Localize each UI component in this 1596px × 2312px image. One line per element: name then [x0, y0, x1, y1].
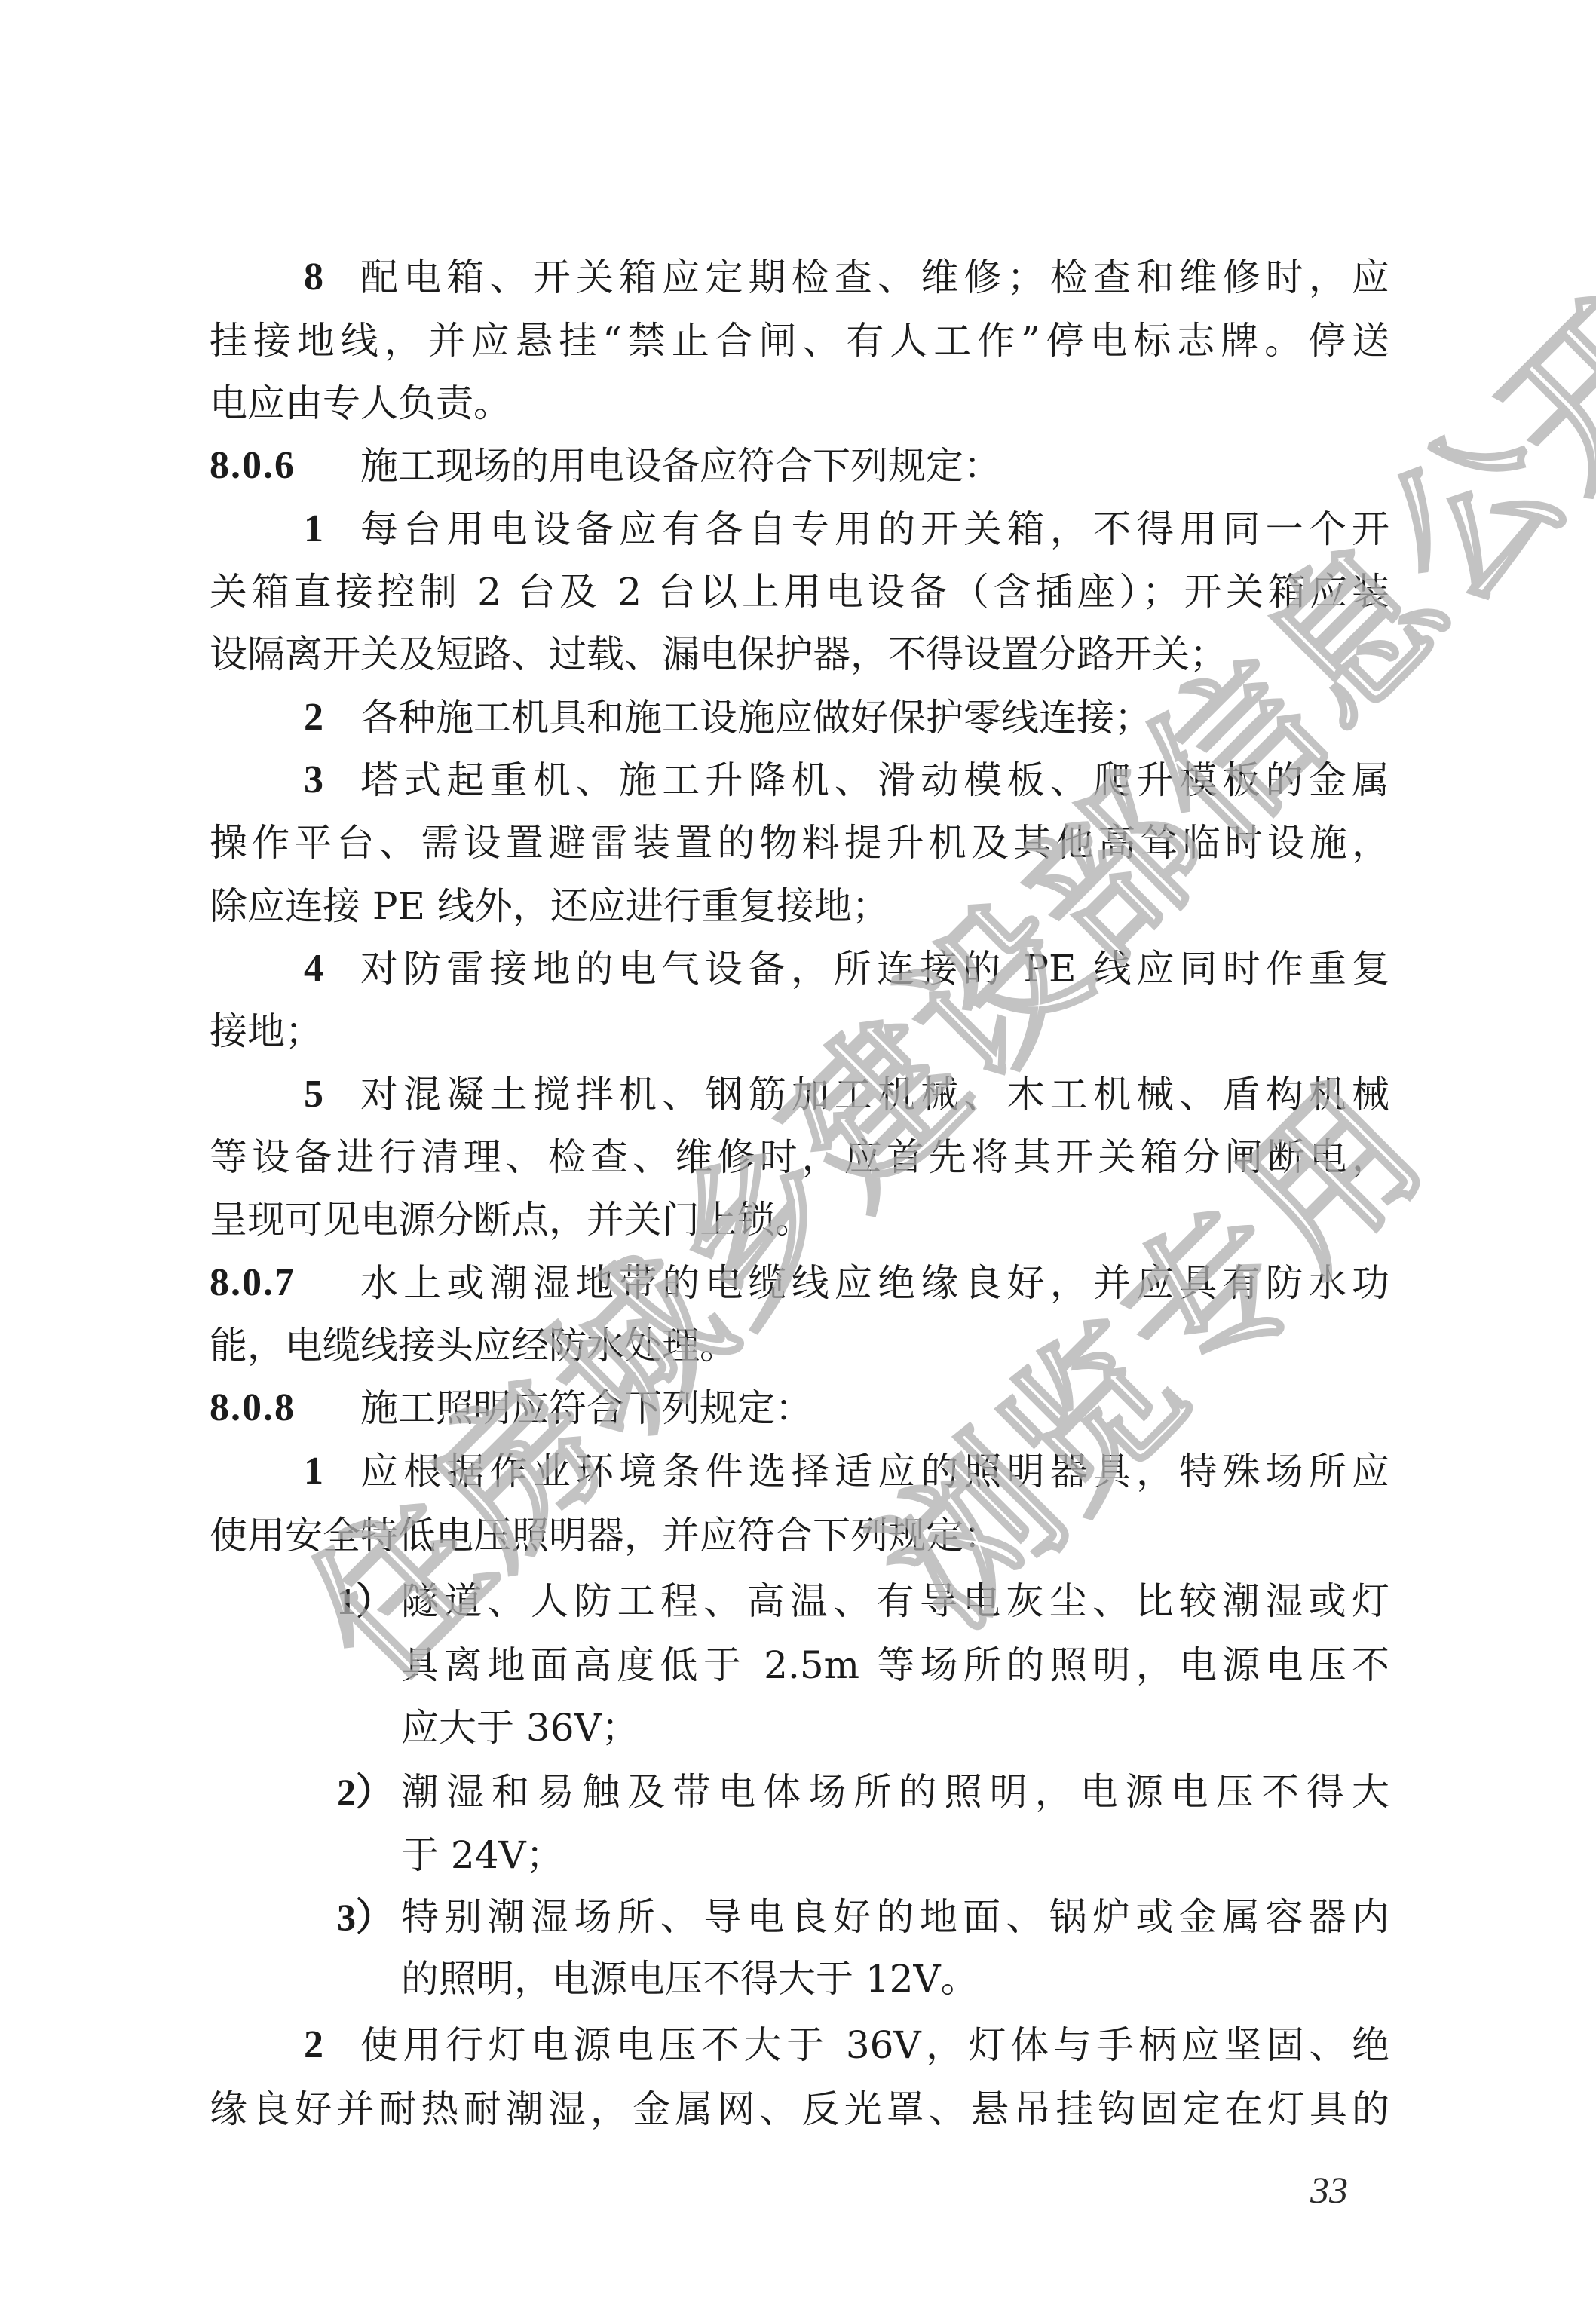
paragraph-line: 配电箱、开关箱应定期检查、维修；检查和维修时，应 — [360, 246, 1389, 309]
paragraph-line: 应大于 36V； — [401, 1696, 1389, 1759]
paragraph-line: 每台用电设备应有各自专用的开关箱，不得用同一个开 — [360, 498, 1389, 561]
item-number: 3 — [304, 749, 342, 812]
item-number: 2 — [304, 2013, 342, 2077]
paragraph-line: 操作平台、需设置避雷装置的物料提升机及其他高耸临时设施， — [210, 811, 1389, 874]
clause-heading: 施工现场的用电设备应符合下列规定： — [360, 434, 1389, 498]
clause-number: 8.0.6 — [210, 434, 353, 498]
paragraph-line: 水上或潮湿地带的电缆线应绝缘良好，并应具有防水功 — [360, 1251, 1389, 1315]
sub-item-number: 1） — [337, 1569, 405, 1633]
clause-number: 8.0.8 — [210, 1376, 353, 1440]
page-number: 33 — [1310, 2163, 1371, 2216]
paragraph-line: 能，电缆线接头应经防水处理。 — [210, 1314, 1389, 1377]
paragraph-line: 挂接地线，并应悬挂“禁止合闸、有人工作”停电标志牌。停送 — [210, 309, 1389, 372]
paragraph-line: 对防雷接地的电气设备，所连接的 PE 线应同时作重复 — [360, 937, 1389, 1000]
paragraph-line: 特别潮湿场所、导电良好的地面、锅炉或金属容器内 — [401, 1885, 1389, 1949]
paragraph-line: 使用安全特低电压照明器，并应符合下列规定： — [210, 1504, 1389, 1567]
paragraph-line: 关箱直接控制 2 台及 2 台以上用电设备（含插座）；开关箱应装 — [210, 560, 1389, 623]
item-number: 5 — [304, 1063, 342, 1126]
paragraph-line: 等设备进行清理、检查、维修时，应首先将其开关箱分闸断电， — [210, 1125, 1389, 1189]
paragraph-line: 隧道、人防工程、高温、有导电灰尘、比较潮湿或灯 — [401, 1569, 1389, 1633]
paragraph-line: 使用行灯电源电压不大于 36V，灯体与手柄应坚固、绝 — [360, 2013, 1389, 2077]
paragraph-line: 潮湿和易触及带电体场所的照明，电源电压不得大 — [401, 1760, 1389, 1824]
paragraph-line: 应根据作业环境条件选择适应的照明器具，特殊场所应 — [360, 1440, 1389, 1503]
sub-item-number: 3） — [337, 1885, 405, 1949]
document-page: 8 配电箱、开关箱应定期检查、维修；检查和维修时，应 挂接地线，并应悬挂“禁止合… — [0, 0, 1596, 2312]
sub-item-number: 2） — [337, 1760, 405, 1824]
paragraph-line: 缘良好并耐热耐潮湿，金属网、反光罩、悬吊挂钩固定在灯具的 — [210, 2078, 1389, 2141]
paragraph-line: 的照明，电源电压不得大于 12V。 — [401, 1947, 1389, 2010]
paragraph-line: 电应由专人负责。 — [210, 372, 1389, 435]
paragraph-line: 具离地面高度低于 2.5m 等场所的照明，电源电压不 — [401, 1634, 1389, 1697]
paragraph-line: 各种施工机具和施工设施应做好保护零线连接； — [360, 686, 1389, 749]
paragraph-line: 设隔离开关及短路、过载、漏电保护器，不得设置分路开关； — [210, 623, 1389, 686]
item-number: 8 — [304, 246, 342, 309]
paragraph-line: 塔式起重机、施工升降机、滑动模板、爬升模板的金属 — [360, 749, 1389, 812]
paragraph-line: 接地； — [210, 1000, 1389, 1063]
paragraph-line: 对混凝土搅拌机、钢筋加工机械、木工机械、盾构机械 — [360, 1063, 1389, 1126]
item-number: 1 — [304, 1440, 342, 1503]
clause-heading: 施工照明应符合下列规定： — [360, 1376, 1389, 1440]
paragraph-line: 呈现可见电源分断点，并关门上锁。 — [210, 1188, 1389, 1251]
item-number: 2 — [304, 686, 342, 749]
item-number: 4 — [304, 937, 342, 1000]
item-number: 1 — [304, 498, 342, 561]
paragraph-line: 于 24V； — [401, 1824, 1389, 1887]
clause-number: 8.0.7 — [210, 1251, 353, 1315]
paragraph-line: 除应连接 PE 线外，还应进行重复接地； — [210, 874, 1389, 938]
